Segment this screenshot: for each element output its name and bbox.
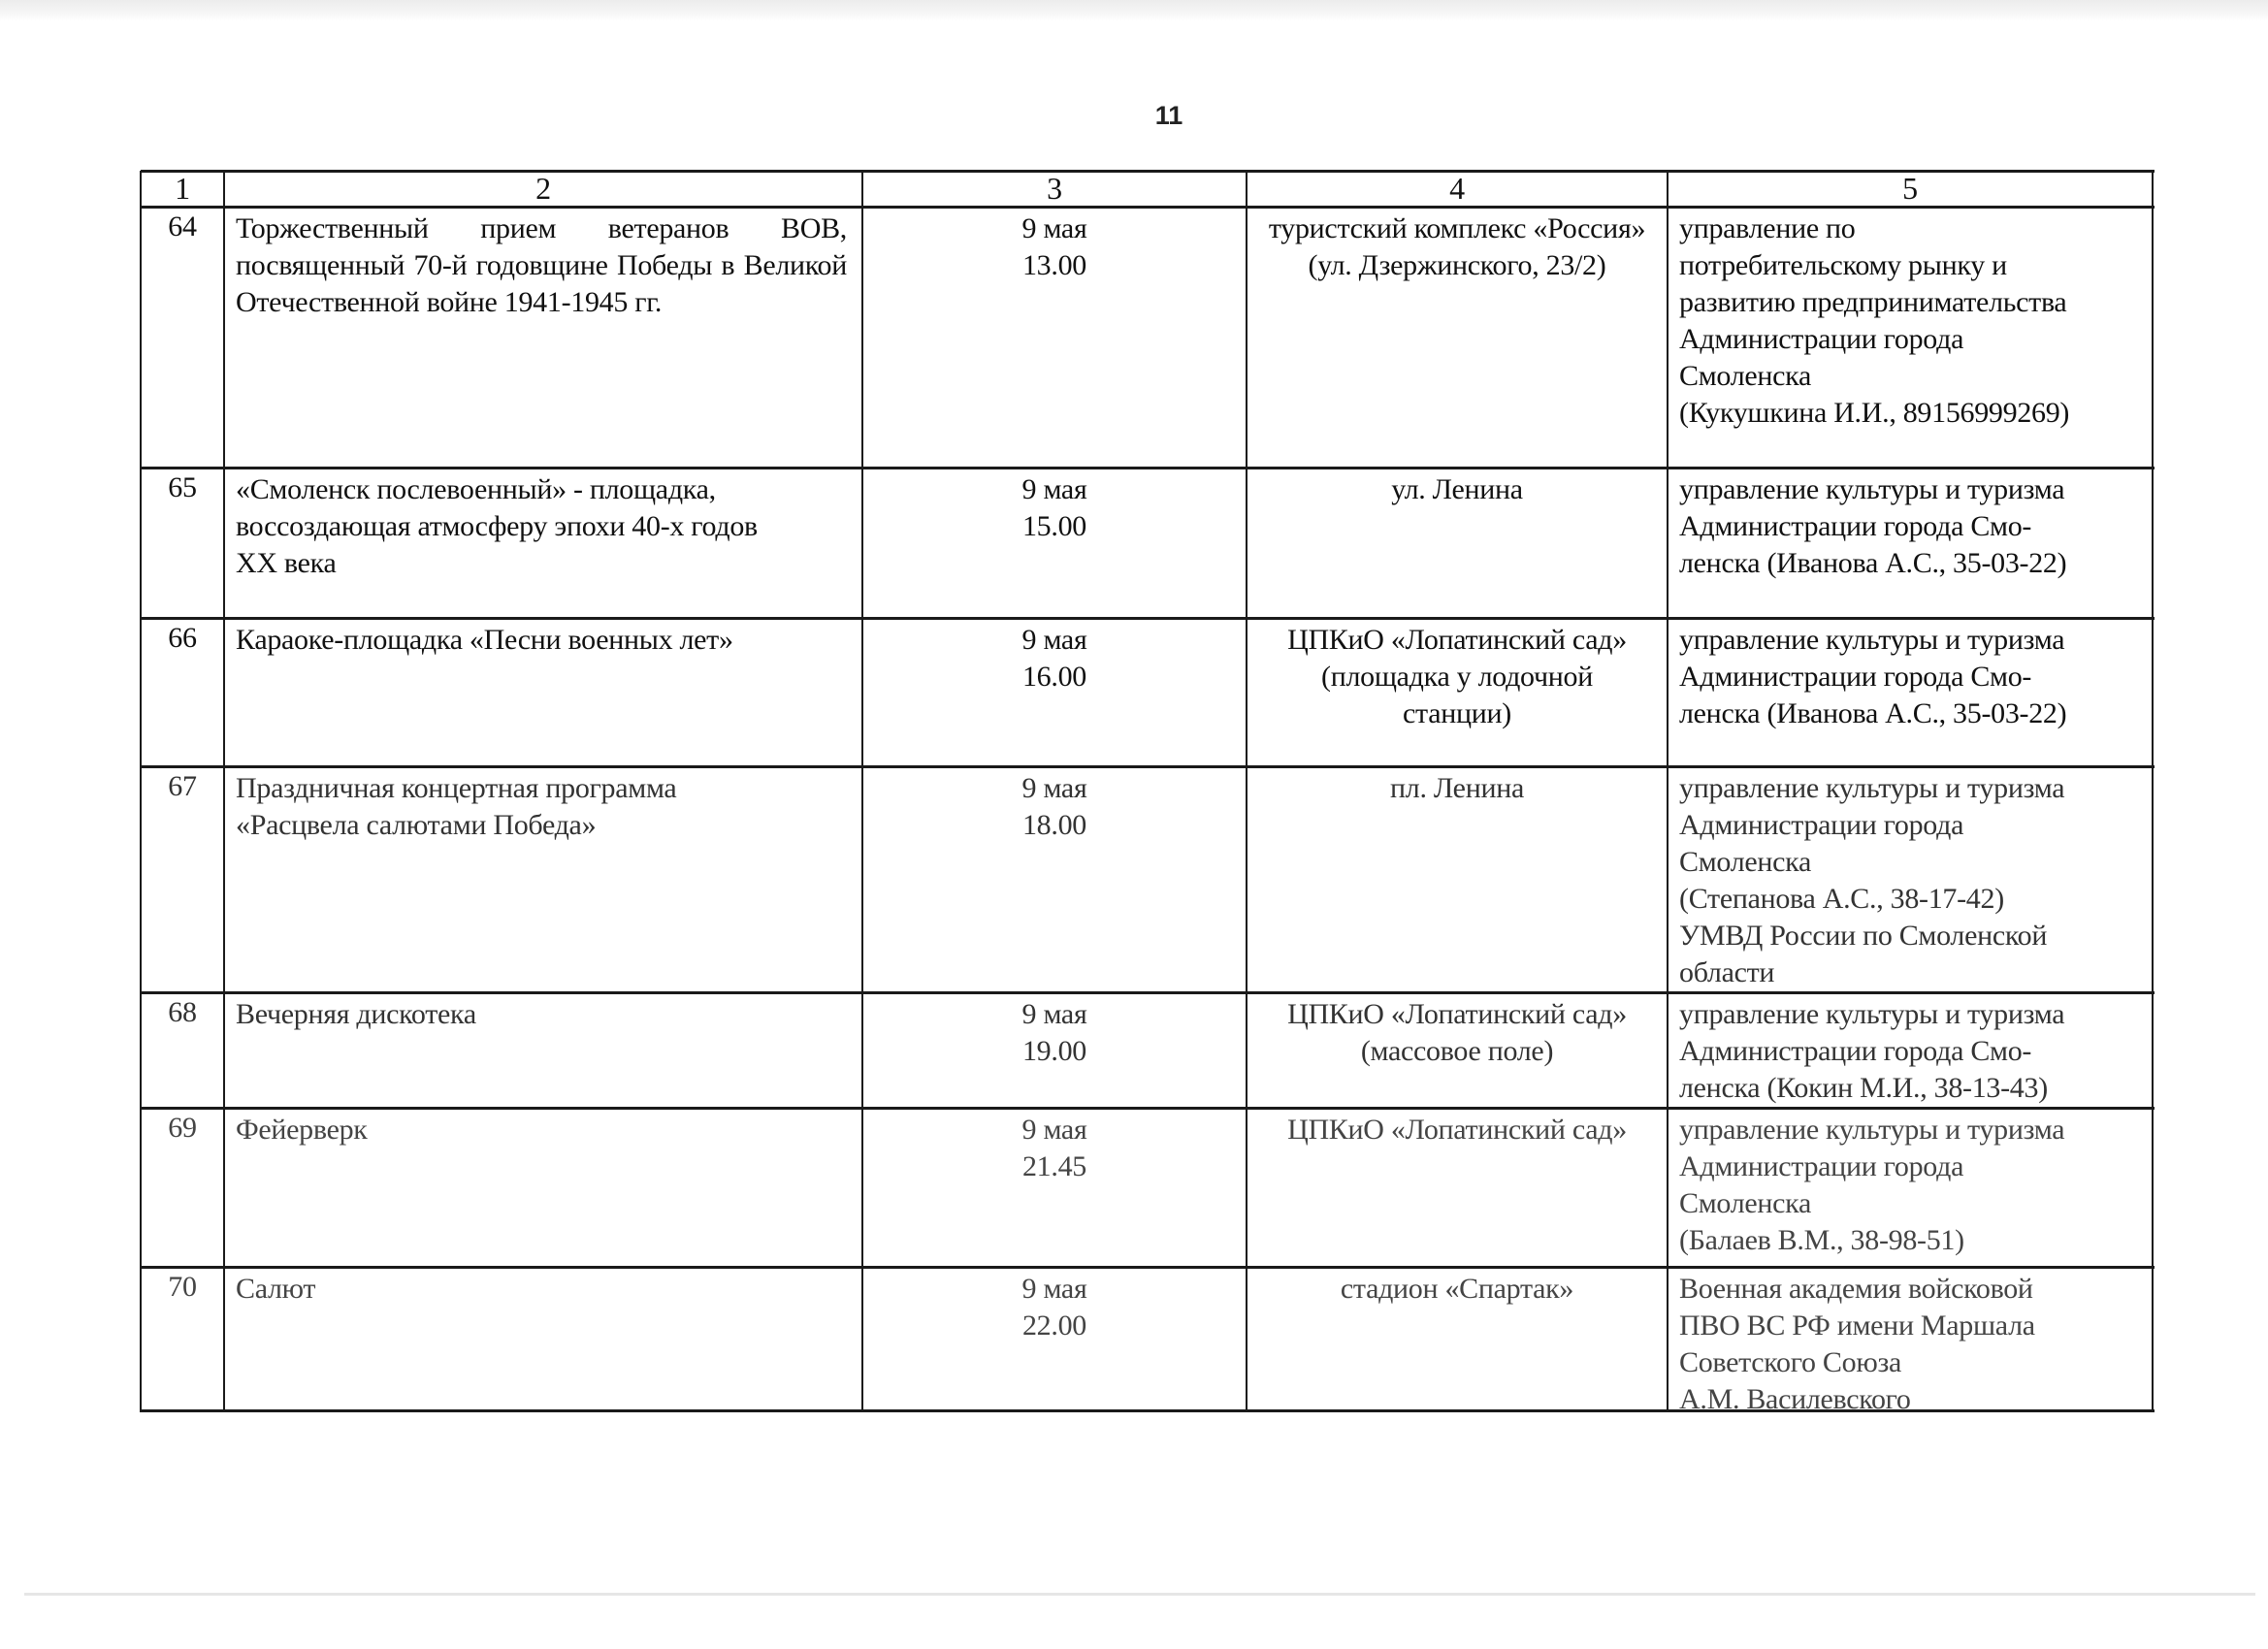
- event-responsible: управление культуры и туризма Администра…: [1668, 1108, 2153, 1267]
- event-datetime: 9 мая16.00: [862, 618, 1247, 766]
- event-datetime: 9 мая13.00: [862, 207, 1247, 468]
- event-time: 22.00: [874, 1308, 1235, 1344]
- event-place: пл. Ленина: [1247, 766, 1668, 992]
- event-responsible: управление по потребительскому рынку и р…: [1668, 207, 2153, 468]
- event-name: Фейерверк: [224, 1108, 862, 1267]
- event-place: стадион «Спартак»: [1247, 1267, 1668, 1410]
- header-col-datetime: 3: [862, 171, 1247, 207]
- row-number: 67: [141, 766, 224, 992]
- row-number: 69: [141, 1108, 224, 1267]
- row-number: 64: [141, 207, 224, 468]
- event-time: 21.45: [874, 1148, 1235, 1185]
- row-number: 66: [141, 618, 224, 766]
- event-time: 19.00: [874, 1033, 1235, 1070]
- event-place: туристский комплекс «Россия» (ул. Дзержи…: [1247, 207, 1668, 468]
- event-datetime: 9 мая21.45: [862, 1108, 1247, 1267]
- header-col-responsible: 5: [1668, 171, 2153, 207]
- row-number: 65: [141, 468, 224, 618]
- event-name: Салют: [224, 1267, 862, 1410]
- event-time: 15.00: [874, 508, 1235, 545]
- event-date: 9 мая: [874, 770, 1235, 807]
- event-name: Караоке-площадка «Песни военных лет»: [224, 618, 862, 766]
- event-date: 9 мая: [874, 996, 1235, 1033]
- row-number: 70: [141, 1267, 224, 1410]
- header-col-event: 2: [224, 171, 862, 207]
- event-responsible: управление культуры и туризма Администра…: [1668, 766, 2153, 992]
- event-name: Вечерняя дискотека: [224, 992, 862, 1108]
- header-col-number: 1: [141, 171, 224, 207]
- event-responsible: управление культуры и туризма Администра…: [1668, 468, 2153, 618]
- event-responsible: Военная академия войсковой ПВО ВС РФ име…: [1668, 1267, 2153, 1410]
- event-datetime: 9 мая18.00: [862, 766, 1247, 992]
- event-place: ул. Ленина: [1247, 468, 1668, 618]
- event-responsible: управление культуры и туризма Администра…: [1668, 992, 2153, 1108]
- event-time: 16.00: [874, 659, 1235, 695]
- event-date: 9 мая: [874, 210, 1235, 247]
- event-name: Праздничная концертная программа «Расцве…: [224, 766, 862, 992]
- event-time: 13.00: [874, 247, 1235, 284]
- event-datetime: 9 мая15.00: [862, 468, 1247, 618]
- event-datetime: 9 мая22.00: [862, 1267, 1247, 1410]
- event-place: ЦПКиО «Лопатинский сад»: [1247, 1108, 1668, 1267]
- event-date: 9 мая: [874, 1271, 1235, 1308]
- event-name: Торжественный прием ветеранов ВОВ, посвя…: [224, 207, 862, 468]
- row-number: 68: [141, 992, 224, 1108]
- event-responsible: управление культуры и туризма Администра…: [1668, 618, 2153, 766]
- event-place: ЦПКиО «Лопатинский сад» (массовое поле): [1247, 992, 1668, 1108]
- header-col-place: 4: [1247, 171, 1668, 207]
- event-datetime: 9 мая19.00: [862, 992, 1247, 1108]
- events-table: 1234564Торжественный прием ветеранов ВОВ…: [0, 0, 2268, 1649]
- event-date: 9 мая: [874, 1112, 1235, 1148]
- event-place: ЦПКиО «Лопатинский сад» (площадка у лодо…: [1247, 618, 1668, 766]
- event-name: «Смоленск послевоенный» - площадка, восс…: [224, 468, 862, 618]
- event-date: 9 мая: [874, 622, 1235, 659]
- event-date: 9 мая: [874, 471, 1235, 508]
- event-time: 18.00: [874, 807, 1235, 844]
